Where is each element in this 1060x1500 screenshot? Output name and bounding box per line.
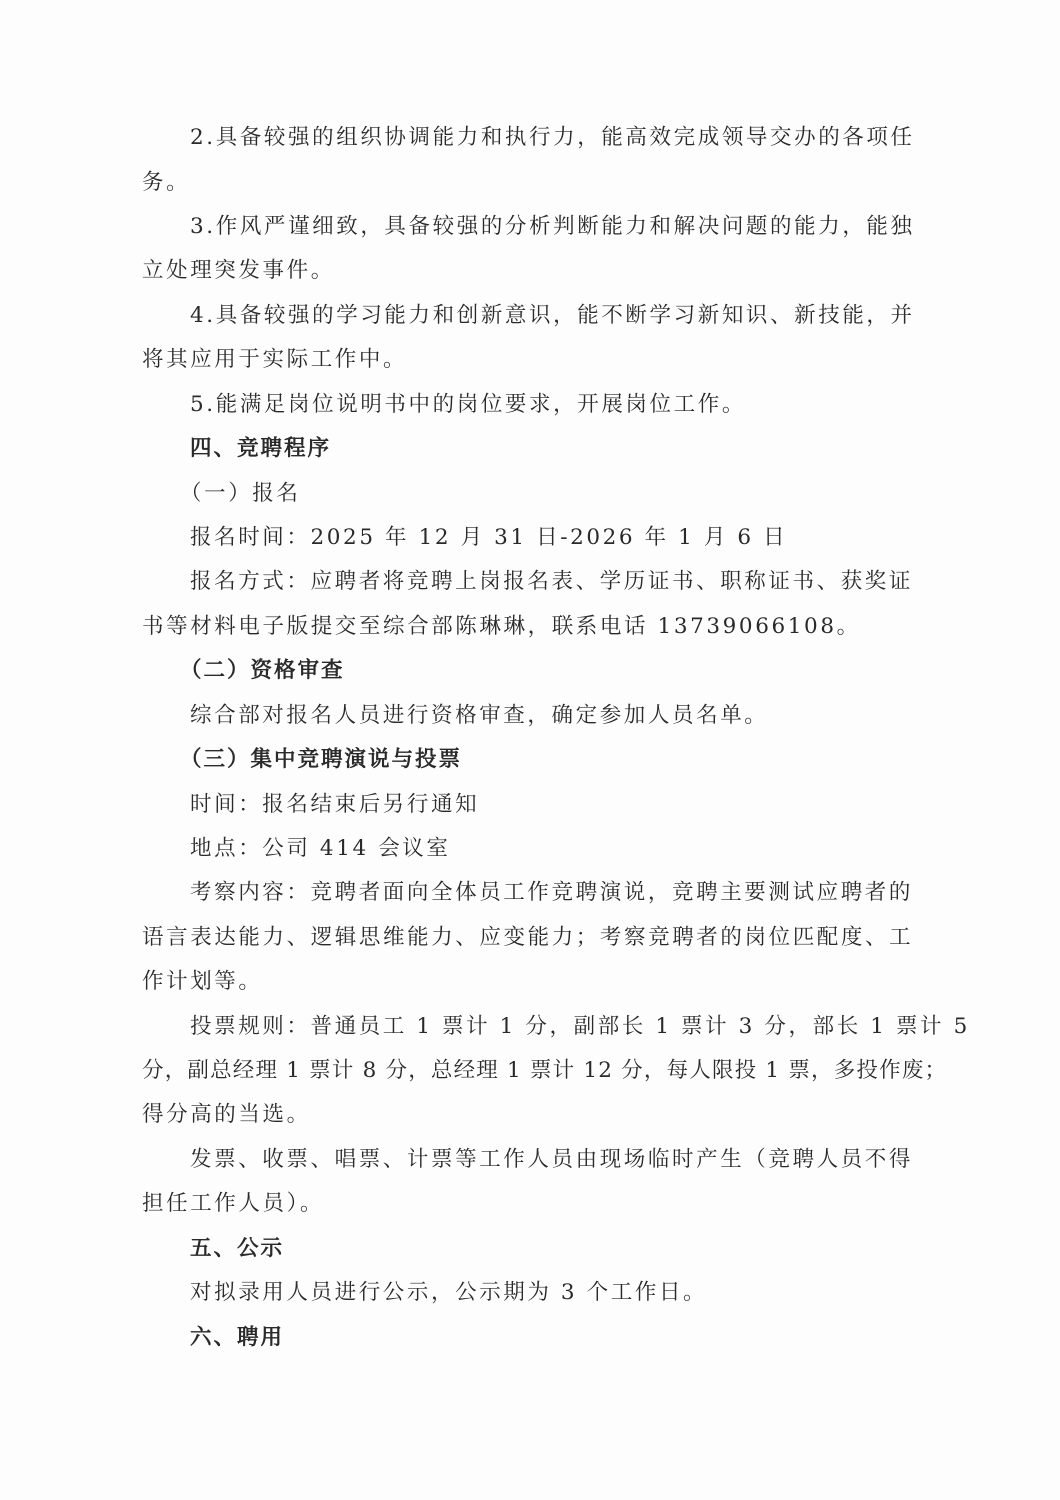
registration-method-line-2: 书等材料电子版提交至综合部陈琳琳，联系电话 13739066108。	[142, 612, 942, 642]
subheading-registration: （一）报名	[180, 479, 980, 509]
assessment-content-line-3: 作计划等。	[142, 967, 942, 997]
speech-time: 时间：报名结束后另行通知	[190, 790, 990, 820]
document-page: 2.具备较强的组织协调能力和执行力，能高效完成领导交办的各项任 务。 3.作风严…	[0, 0, 1060, 1500]
section-heading-employment: 六、聘用	[190, 1323, 990, 1353]
voting-rules-line-2: 分，副总经理 1 票计 8 分，总经理 1 票计 12 分，每人限投 1 票，多…	[142, 1056, 942, 1086]
voting-rules-line-3: 得分高的当选。	[142, 1100, 942, 1130]
section-heading-publicity: 五、公示	[190, 1234, 990, 1264]
requirement-2-line-2: 务。	[142, 168, 942, 198]
requirement-2-line-1: 2.具备较强的组织协调能力和执行力，能高效完成领导交办的各项任	[190, 123, 990, 153]
assessment-content-line-2: 语言表达能力、逻辑思维能力、应变能力；考察竞聘者的岗位匹配度、工	[142, 923, 942, 953]
speech-location: 地点：公司 414 会议室	[190, 834, 990, 864]
requirement-4-line-1: 4.具备较强的学习能力和创新意识，能不断学习新知识、新技能，并	[190, 301, 990, 331]
vote-staff-line-1: 发票、收票、唱票、计票等工作人员由现场临时产生（竞聘人员不得	[190, 1145, 990, 1175]
voting-rules-line-1: 投票规则：普通员工 1 票计 1 分，副部长 1 票计 3 分，部长 1 票计 …	[190, 1012, 990, 1042]
registration-time: 报名时间：2025 年 12 月 31 日-2026 年 1 月 6 日	[190, 523, 990, 553]
vote-staff-line-2: 担任工作人员）。	[142, 1189, 942, 1219]
subheading-speech-and-vote: （三）集中竞聘演说与投票	[180, 745, 980, 775]
requirement-5-line: 5.能满足岗位说明书中的岗位要求，开展岗位工作。	[190, 390, 990, 420]
section-heading-procedure: 四、竞聘程序	[190, 434, 990, 464]
subheading-qualification-review: （二）资格审查	[180, 656, 980, 686]
requirement-3-line-2: 立处理突发事件。	[142, 256, 942, 286]
qualification-review-text: 综合部对报名人员进行资格审查，确定参加人员名单。	[190, 701, 990, 731]
requirement-4-line-2: 将其应用于实际工作中。	[142, 345, 942, 375]
assessment-content-line-1: 考察内容：竞聘者面向全体员工作竞聘演说，竞聘主要测试应聘者的	[190, 878, 990, 908]
registration-method-line-1: 报名方式：应聘者将竞聘上岗报名表、学历证书、职称证书、获奖证	[190, 567, 990, 597]
publicity-text: 对拟录用人员进行公示，公示期为 3 个工作日。	[190, 1278, 990, 1308]
requirement-3-line-1: 3.作风严谨细致，具备较强的分析判断能力和解决问题的能力，能独	[190, 212, 990, 242]
